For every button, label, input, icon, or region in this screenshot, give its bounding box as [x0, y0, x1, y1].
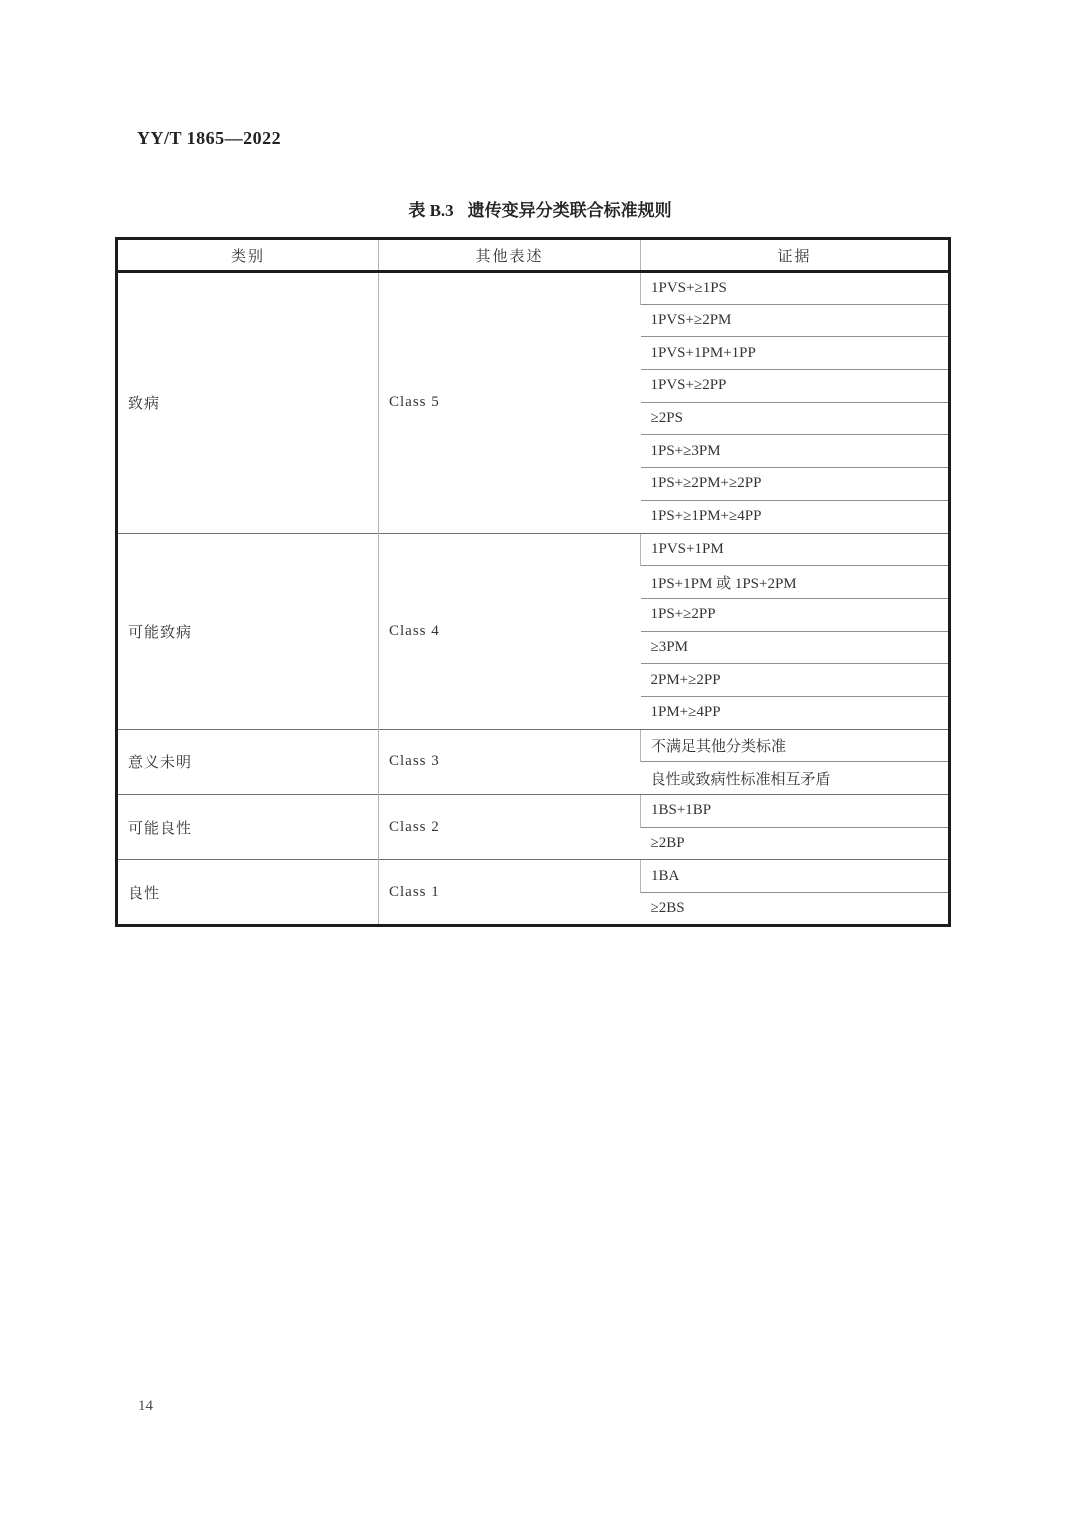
section-likely-pathogenic: 可能致病 Class 4 1PVS+1PM 1PS+1PM 或 1PS+2PM …: [117, 533, 950, 729]
evidence-cell: 1PVS+≥1PS: [641, 272, 950, 305]
class-cell: Class 1: [379, 860, 641, 925]
evidence-cell: ≥3PM: [641, 631, 950, 664]
evidence-cell: 良性或致病性标准相互矛盾: [641, 762, 950, 795]
table-title: 表 B.3遗传变异分类联合标准规则: [0, 196, 1080, 221]
standard-number: YY/T 1865—2022: [137, 128, 281, 149]
table-row: 致病 Class 5 1PVS+≥1PS: [117, 272, 950, 305]
class-cell: Class 3: [379, 729, 641, 794]
class-cell: Class 5: [379, 272, 641, 534]
evidence-cell: 1PVS+1PM: [641, 533, 950, 566]
evidence-cell: 1PVS+≥2PM: [641, 304, 950, 337]
header-category: 类别: [117, 239, 379, 272]
evidence-cell: 1PVS+≥2PP: [641, 370, 950, 403]
table-header: 类别 其他表述 证据: [117, 239, 950, 272]
section-pathogenic: 致病 Class 5 1PVS+≥1PS 1PVS+≥2PM 1PVS+1PM+…: [117, 272, 950, 534]
table-row: 可能致病 Class 4 1PVS+1PM: [117, 533, 950, 566]
section-uncertain-significance: 意义未明 Class 3 不满足其他分类标准 良性或致病性标准相互矛盾: [117, 729, 950, 794]
evidence-cell: ≥2BS: [641, 893, 950, 926]
evidence-cell: 1PM+≥4PP: [641, 696, 950, 729]
table-row: 良性 Class 1 1BA: [117, 860, 950, 893]
evidence-cell: ≥2PS: [641, 402, 950, 435]
classification-table: 类别 其他表述 证据 致病 Class 5 1PVS+≥1PS 1PVS+≥2P…: [115, 237, 951, 927]
evidence-cell: 1BS+1BP: [641, 795, 950, 828]
section-likely-benign: 可能良性 Class 2 1BS+1BP ≥2BP: [117, 795, 950, 860]
document-page: YY/T 1865—2022 表 B.3遗传变异分类联合标准规则 类别 其他表述…: [0, 0, 1080, 1526]
category-cell: 可能良性: [117, 795, 379, 860]
evidence-cell: 1BA: [641, 860, 950, 893]
table-caption-label: 表 B.3: [408, 201, 453, 220]
page-number: 14: [138, 1398, 153, 1415]
category-cell: 可能致病: [117, 533, 379, 729]
section-benign: 良性 Class 1 1BA ≥2BS: [117, 860, 950, 925]
evidence-cell: 1PS+≥3PM: [641, 435, 950, 468]
evidence-cell: 1PS+≥2PP: [641, 598, 950, 631]
category-cell: 良性: [117, 860, 379, 925]
evidence-cell: 不满足其他分类标准: [641, 729, 950, 762]
class-cell: Class 2: [379, 795, 641, 860]
evidence-cell: 1PS+1PM 或 1PS+2PM: [641, 566, 950, 599]
evidence-cell: 1PS+≥1PM+≥4PP: [641, 500, 950, 533]
evidence-cell: 1PVS+1PM+1PP: [641, 337, 950, 370]
table-caption-text: 遗传变异分类联合标准规则: [468, 201, 672, 220]
category-cell: 致病: [117, 272, 379, 534]
category-cell: 意义未明: [117, 729, 379, 794]
table-row: 意义未明 Class 3 不满足其他分类标准: [117, 729, 950, 762]
table-row: 可能良性 Class 2 1BS+1BP: [117, 795, 950, 828]
header-evidence: 证据: [641, 239, 950, 272]
evidence-cell: 2PM+≥2PP: [641, 664, 950, 697]
class-cell: Class 4: [379, 533, 641, 729]
evidence-cell: 1PS+≥2PM+≥2PP: [641, 468, 950, 501]
evidence-cell: ≥2BP: [641, 827, 950, 860]
header-other-expression: 其他表述: [379, 239, 641, 272]
